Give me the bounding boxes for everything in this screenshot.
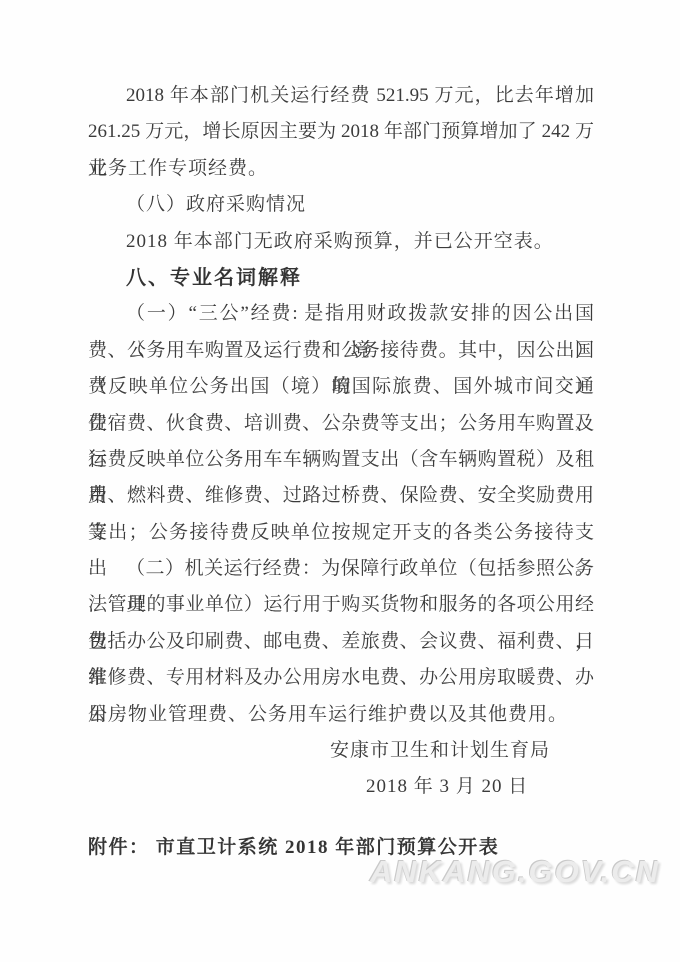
paragraph-sangong-line: 行费反映单位公务用车车辆购置支出（含车辆购置税）及租用 — [88, 442, 594, 478]
paragraph-sangong-line: 费反映单位公务出国（境）的国际旅费、国外城市间交通费、 — [88, 369, 594, 405]
paragraph-sangong-line: 费、公务用车购置及运行费和公务接待费。其中，因公出国（境） — [88, 333, 594, 369]
paragraph-running-costs-line: 2018 年本部门机关运行经费 521.95 万元，比去年增加 — [88, 78, 594, 114]
signature-org: 安康市卫生和计划生育局 — [330, 733, 594, 769]
paragraph-running-costs-line: 业务工作专项经费。 — [88, 151, 594, 187]
paragraph-procurement-line: 2018 年本部门无政府采购预算，并已公开空表。 — [88, 224, 594, 260]
paragraph-operating-funds-line: 用房物业管理费、公务用车运行维护费以及其他费用。 — [88, 697, 594, 733]
watermark-text: ANKANG.GOV.CN — [370, 854, 660, 890]
paragraph-sangong-line: （一）“三公”经费: 是指用财政拨款安排的因公出国（境） — [88, 296, 594, 332]
document-page: 2018 年本部门机关运行经费 521.95 万元，比去年增加 261.25 万… — [0, 0, 680, 962]
paragraph-running-costs-line: 261.25 万元，增长原因主要为 2018 年部门预算增加了 242 万元 — [88, 114, 594, 150]
paragraph-operating-funds-line: 维修费、专用材料及办公用房水电费、办公用房取暖费、办公 — [88, 660, 594, 696]
paragraph-sangong-line: 支出；公务接待费反映单位按规定开支的各类公务接待支出。 — [88, 515, 594, 551]
paragraph-sangong-line: 费、燃料费、维修费、过路过桥费、保险费、安全奖励费用等 — [88, 478, 594, 514]
paragraph-operating-funds-line: 法管理的事业单位）运行用于购买货物和服务的各项公用经费， — [88, 587, 594, 623]
section-heading-glossary: 八、专业名词解释 — [88, 260, 594, 296]
section-heading-procurement: （八）政府采购情况 — [88, 187, 594, 223]
signature-date: 2018 年 3 月 20 日 — [366, 769, 594, 805]
paragraph-operating-funds-line: 包括办公及印刷费、邮电费、差旅费、会议费、福利费、日常 — [88, 624, 594, 660]
paragraph-operating-funds-line: （二）机关运行经费：为保障行政单位（包括参照公务员 — [88, 551, 594, 587]
paragraph-sangong-line: 住宿费、伙食费、培训费、公杂费等支出；公务用车购置及运 — [88, 406, 594, 442]
